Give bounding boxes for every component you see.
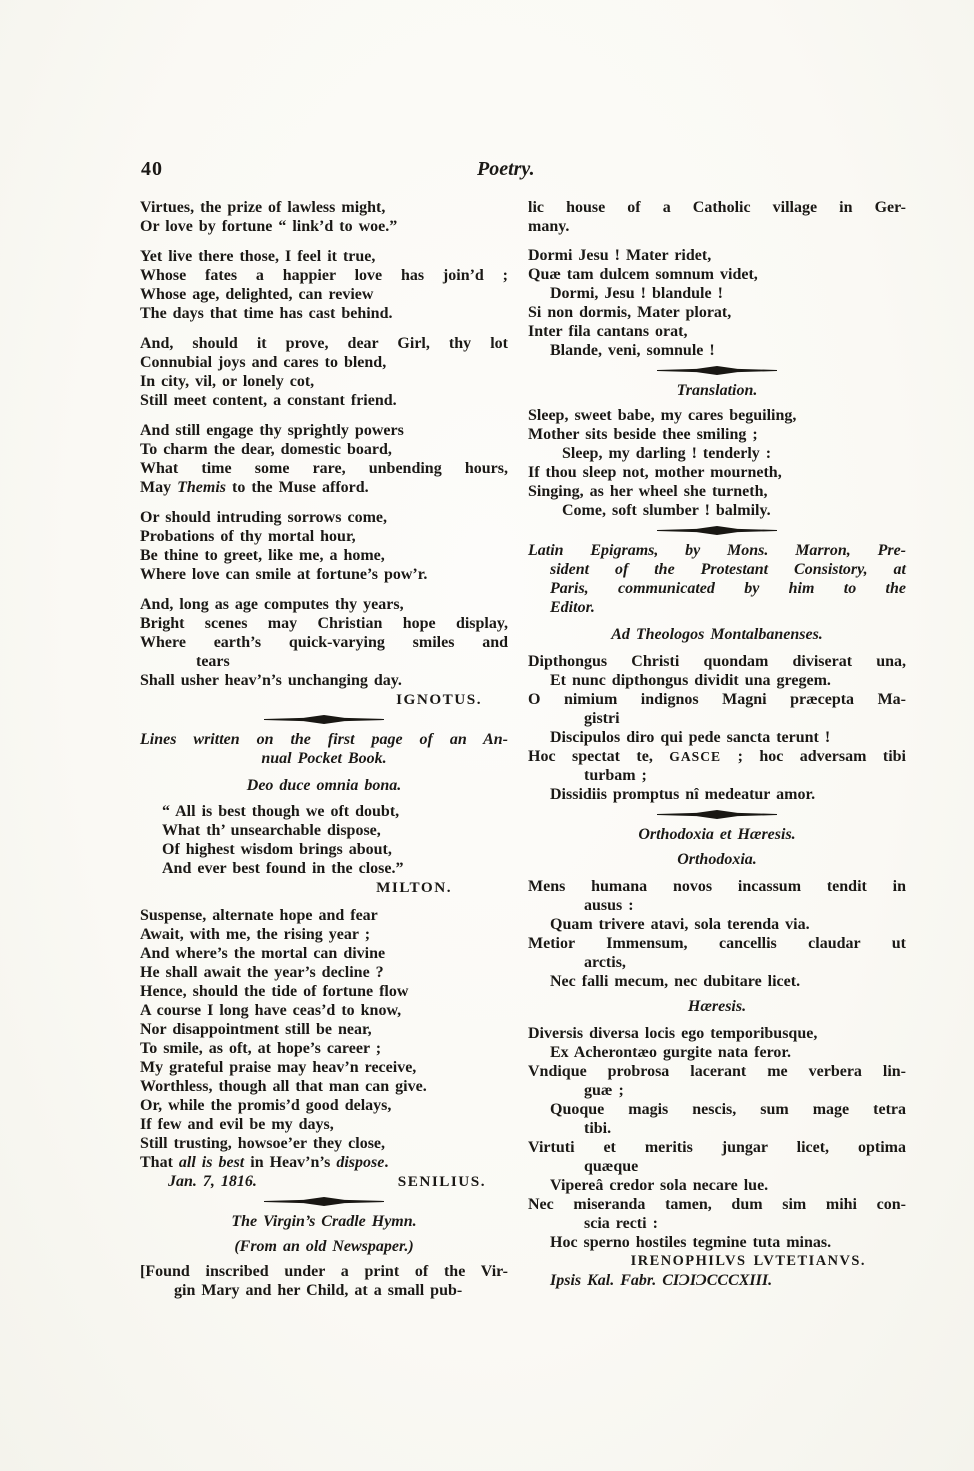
latin-hymn-stanza: Dormi Jesu ! Mater ridet, Quæ tam dulcem…: [528, 246, 906, 360]
poem-line: What time some rare, unbending hours,: [140, 459, 508, 478]
poem-line: And where’s the mortal can divine: [140, 944, 508, 963]
section-subheading: Orthodoxia.: [528, 850, 906, 869]
poem-line: And, should it prove, dear Girl, thy lot: [140, 334, 508, 353]
poem-line: Bright scenes may Christian hope display…: [140, 614, 508, 633]
poem-line: scia recti :: [528, 1214, 906, 1233]
poem-line: “ All is best though we oft doubt,: [140, 802, 508, 821]
poem-line: Quam trivere atavi, sola terenda via.: [528, 915, 906, 934]
line-text: .: [384, 1154, 388, 1171]
attribution: MILTON.: [140, 878, 508, 897]
heading-line: Lines written on the first page of an An…: [140, 730, 508, 749]
section-divider-rule: [657, 366, 777, 375]
poem-line: My grateful praise may heav’n receive,: [140, 1058, 508, 1077]
poem-line: Nec falli mecum, nec dubitare licet.: [528, 972, 906, 991]
heading-line: nual Pocket Book.: [140, 749, 508, 768]
motto-heading: Deo duce omnia bona.: [140, 776, 508, 795]
quote-stanza: “ All is best though we oft doubt, What …: [140, 802, 508, 897]
line-text: That: [140, 1154, 179, 1171]
poem-line: quæque: [528, 1157, 906, 1176]
note-line: many.: [528, 217, 906, 236]
section-subheading: (From an old Newspaper.): [140, 1237, 508, 1256]
poem-line: Nor disappointment still be near,: [140, 1020, 508, 1039]
dateline: Jan. 7, 1816. SENILIUS.: [140, 1172, 508, 1191]
stanza: And, should it prove, dear Girl, thy lot…: [140, 334, 508, 410]
poem-line: Mens humana novos incassum tendit in: [528, 877, 906, 896]
translation-stanza: Sleep, sweet babe, my cares beguiling, M…: [528, 406, 906, 520]
poem-line: arctis,: [528, 953, 906, 972]
section-heading-block: Latin Epigrams, by Mons. Marron, Pre- si…: [528, 541, 906, 617]
line-text: Hoc spectat te,: [528, 748, 669, 765]
poem-line: To smile, as oft, at hope’s career ;: [140, 1039, 508, 1058]
poem-line: Still meet content, a constant friend.: [140, 391, 508, 410]
line-text-smallcaps: GASCE: [669, 749, 721, 764]
poem-line: Shall usher heav’n’s unchanging day.: [140, 671, 508, 690]
heading-line: Latin Epigrams, by Mons. Marron, Pre-: [528, 541, 906, 560]
poem-line: Diversis diversa locis ego temporibusque…: [528, 1024, 906, 1043]
section-divider-rule: [657, 810, 777, 819]
section-heading: Orthodoxia et Hæresis.: [528, 825, 906, 844]
line-text-italic: all is best: [179, 1154, 244, 1171]
heading-line: Editor.: [528, 598, 906, 617]
poem-line: Hoc spectat te, GASCE ; hoc adversam tib…: [528, 747, 906, 766]
page-number: 40: [141, 158, 163, 181]
epigram-title: Ad Theologos Montalbanenses.: [528, 625, 906, 644]
poem-line: Ex Acherontæo gurgite nata feror.: [528, 1043, 906, 1062]
poem-line: Where love can smile at fortune’s pow’r.: [140, 565, 508, 584]
poem-line: Sleep, my darling ! tenderly :: [528, 444, 906, 463]
poem-line: Of highest wisdom brings about,: [140, 840, 508, 859]
poem-line: Dissidiis promptus nî medeatur amor.: [528, 785, 906, 804]
note-line: gin Mary and her Child, at a small pub-: [140, 1281, 508, 1300]
line-text: in Heav’n’s: [244, 1154, 336, 1171]
line-text-italic: Themis: [177, 479, 226, 496]
poem-line: O nimium indignos Magni præcepta Ma-: [528, 690, 906, 709]
attribution: IGNOTUS.: [140, 690, 508, 709]
attribution: IRENOPHILVS LVTETIANVS.: [528, 1252, 906, 1271]
poem-line: If few and evil be my days,: [140, 1115, 508, 1134]
epigram-stanza: Diversis diversa locis ego temporibusque…: [528, 1024, 906, 1290]
poem-line: ausus :: [528, 896, 906, 915]
line-text: ; hoc adversam tibi: [721, 748, 906, 765]
section-heading: Translation.: [528, 381, 906, 400]
epigram-stanza: Mens humana novos incassum tendit in aus…: [528, 877, 906, 991]
stanza: Suspense, alternate hope and fear Await,…: [140, 906, 508, 1191]
poem-line: Vipereâ credor sola necare lue.: [528, 1176, 906, 1195]
page-title: Poetry.: [477, 158, 535, 181]
poem-line: Or love by fortune “ link’d to woe.”: [140, 217, 508, 236]
poem-line: That all is best in Heav’n’s dispose.: [140, 1153, 508, 1172]
section-divider-rule: [657, 526, 777, 535]
poem-line: Dipthongus Christi quondam diviserat una…: [528, 652, 906, 671]
poem-line: guæ ;: [528, 1081, 906, 1100]
poem-line: Sleep, sweet babe, my cares beguiling,: [528, 406, 906, 425]
editorial-note-continued: lic house of a Catholic village in Ger- …: [528, 198, 906, 236]
stanza: And still engage thy sprightly powers To…: [140, 421, 508, 497]
stanza: Or should intruding sorrows come, Probat…: [140, 508, 508, 584]
poem-line: And still engage thy sprightly powers: [140, 421, 508, 440]
poem-line: A course I long have ceas’d to know,: [140, 1001, 508, 1020]
poem-line: Si non dormis, Mater plorat,: [528, 303, 906, 322]
poem-line: Quæ tam dulcem somnum videt,: [528, 265, 906, 284]
poem-line: Et nunc dipthongus dividit una gregem.: [528, 671, 906, 690]
poem-line: And ever best found in the close.”: [140, 859, 508, 878]
poem-line: Still trusting, howsoe’er they close,: [140, 1134, 508, 1153]
poem-line: Hoc sperno hostiles tegmine tuta minas.: [528, 1233, 906, 1252]
poem-line: Suspense, alternate hope and fear: [140, 906, 508, 925]
poem-line: Virtuti et meritis jungar licet, optima: [528, 1138, 906, 1157]
epigram-stanza: Dipthongus Christi quondam diviserat una…: [528, 652, 906, 804]
column-right: lic house of a Catholic village in Ger- …: [528, 198, 906, 1290]
poem-line: May Themis to the Muse afford.: [140, 478, 508, 497]
poem-line: Worthless, though all that man can give.: [140, 1077, 508, 1096]
heading-line: sident of the Protestant Consistory, at: [528, 560, 906, 579]
line-text: May: [140, 479, 177, 496]
poem-line: Probations of thy mortal hour,: [140, 527, 508, 546]
date-text: Jan. 7, 1816.: [168, 1172, 257, 1191]
poem-line: Discipulos diro qui pede sancta terunt !: [528, 728, 906, 747]
note-line: [Found inscribed under a print of the Vi…: [140, 1262, 508, 1281]
line-text: to the Muse afford.: [226, 479, 369, 496]
poem-line: Whose fates a happier love has join’d ;: [140, 266, 508, 285]
section-divider-rule: [264, 1197, 384, 1206]
poem-line: Connubial joys and cares to blend,: [140, 353, 508, 372]
poem-line: Where earth’s quick-varying smiles and: [140, 633, 508, 652]
section-divider-rule: [264, 715, 384, 724]
stanza: And, long as age computes thy years, Bri…: [140, 595, 508, 709]
editorial-note: [Found inscribed under a print of the Vi…: [140, 1262, 508, 1300]
section-heading: The Virgin’s Cradle Hymn.: [140, 1212, 508, 1231]
poem-line: Quoque magis nescis, sum mage tetra: [528, 1100, 906, 1119]
poem-line: Virtues, the prize of lawless might,: [140, 198, 508, 217]
poem-line: Singing, as her wheel she turneth,: [528, 482, 906, 501]
poem-line: If thou sleep not, mother mourneth,: [528, 463, 906, 482]
heading-line: Paris, communicated by him to the: [528, 579, 906, 598]
poem-line: Or should intruding sorrows come,: [140, 508, 508, 527]
note-line: lic house of a Catholic village in Ger-: [528, 198, 906, 217]
poem-line: Dormi, Jesu ! blandule !: [528, 284, 906, 303]
poem-line: What th’ unsearchable dispose,: [140, 821, 508, 840]
poem-line: Blande, veni, somnule !: [528, 341, 906, 360]
poem-line: Dormi Jesu ! Mater ridet,: [528, 246, 906, 265]
stanza: Yet live there those, I feel it true, Wh…: [140, 247, 508, 323]
poem-line: Whose age, delighted, can review: [140, 285, 508, 304]
attribution: SENILIUS.: [398, 1172, 486, 1191]
poem-line: Mother sits beside thee smiling ;: [528, 425, 906, 444]
poem-line: Await, with me, the rising year ;: [140, 925, 508, 944]
stanza: Virtues, the prize of lawless might, Or …: [140, 198, 508, 236]
poem-line: Hence, should the tide of fortune flow: [140, 982, 508, 1001]
poem-line: Vndique probrosa lacerant me verbera lin…: [528, 1062, 906, 1081]
poem-line: turbam ;: [528, 766, 906, 785]
section-subheading: Hæresis.: [528, 997, 906, 1016]
poem-line: tears: [140, 652, 508, 671]
scanned-page: 40 Poetry. Virtues, the prize of lawless…: [0, 0, 974, 1471]
poem-line: Be thine to greet, like me, a home,: [140, 546, 508, 565]
poem-line: Inter fila cantans orat,: [528, 322, 906, 341]
poem-line: Metior Immensum, cancellis claudar ut: [528, 934, 906, 953]
poem-line: He shall await the year’s decline ?: [140, 963, 508, 982]
dateline: Ipsis Kal. Fabr. CIƆIƆCCCXIII.: [528, 1271, 906, 1290]
column-left: Virtues, the prize of lawless might, Or …: [140, 198, 508, 1300]
poem-line: gistri: [528, 709, 906, 728]
poem-line: tibi.: [528, 1119, 906, 1138]
line-text-italic: dispose: [336, 1154, 384, 1171]
section-heading: Lines written on the first page of an An…: [140, 730, 508, 768]
poem-line: The days that time has cast behind.: [140, 304, 508, 323]
poem-line: Nec miseranda tamen, dum sim mihi con-: [528, 1195, 906, 1214]
poem-line: In city, vil, or lonely cot,: [140, 372, 508, 391]
poem-line: Yet live there those, I feel it true,: [140, 247, 508, 266]
poem-line: Come, soft slumber ! balmily.: [528, 501, 906, 520]
poem-line: And, long as age computes thy years,: [140, 595, 508, 614]
poem-line: To charm the dear, domestic board,: [140, 440, 508, 459]
poem-line: Or, while the promis’d good delays,: [140, 1096, 508, 1115]
